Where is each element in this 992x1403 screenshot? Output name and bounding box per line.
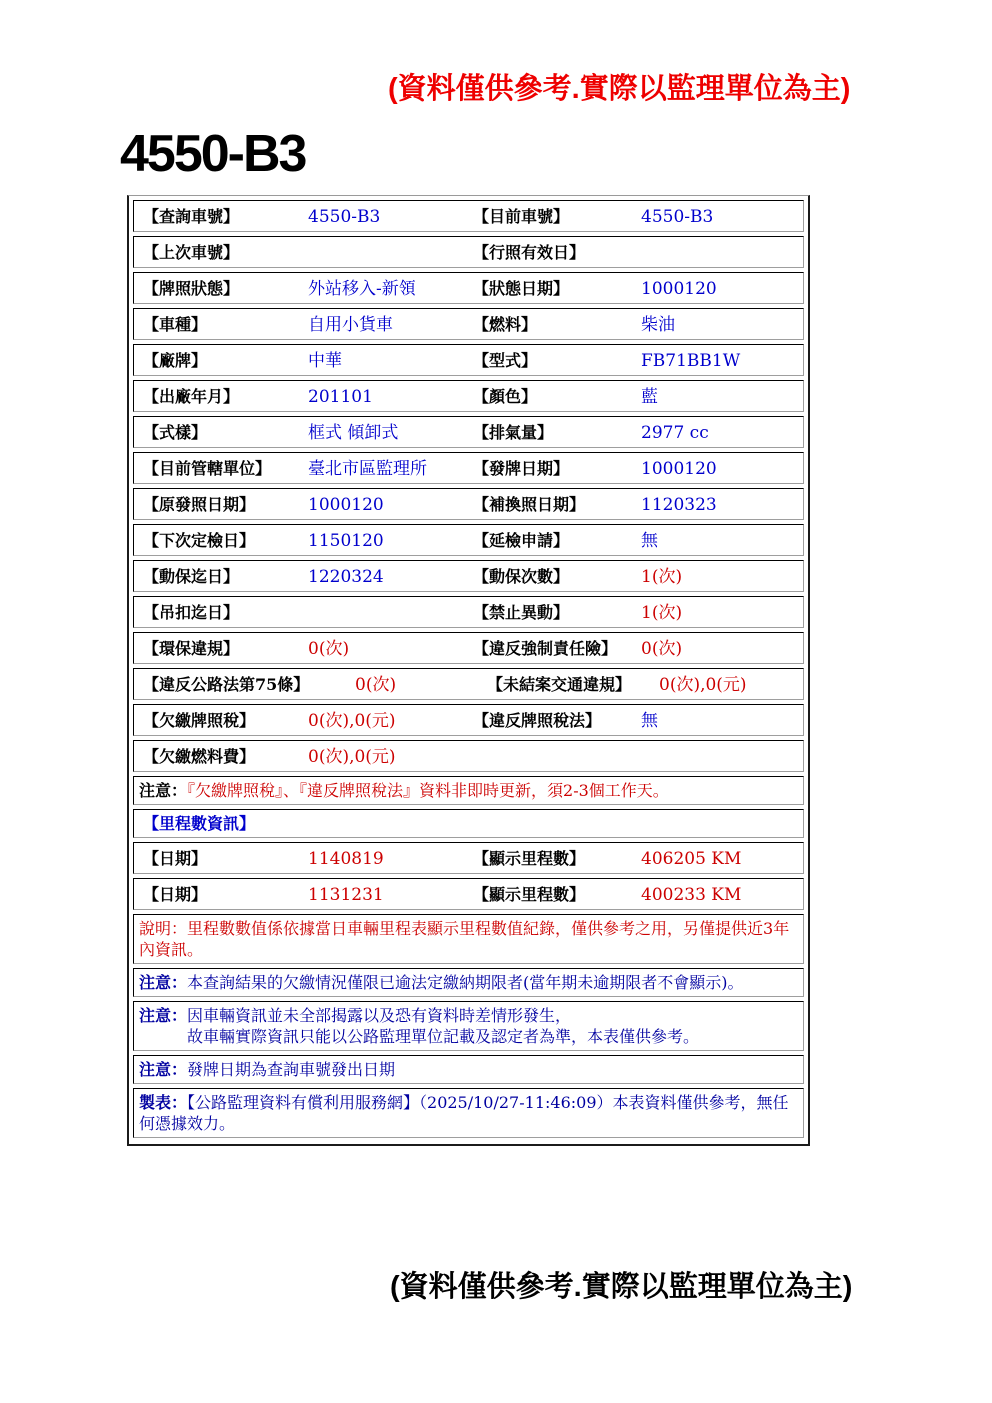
- field-value: 201101: [308, 381, 473, 412]
- page-title: 4550-B3: [120, 125, 992, 183]
- field-value: 1131231: [308, 879, 473, 910]
- note-text: 發牌日期為查詢車號發出日期: [187, 1060, 395, 1079]
- table-row: 【違反公路法第75條】0(次)【未結案交通違規】0(次),0(元): [133, 668, 804, 700]
- field-label: 【禁止異動】: [473, 597, 641, 628]
- note-prefix: 說明：: [139, 919, 187, 938]
- field-label: 【發牌日期】: [473, 453, 641, 484]
- field-value: 2977 cc: [641, 417, 803, 448]
- field-label: 【型式】: [473, 345, 641, 376]
- field-value: 無: [641, 705, 803, 736]
- field-value: 1(次): [641, 561, 803, 592]
- field-label: 【日期】: [143, 843, 308, 874]
- field-value: 1120323: [641, 489, 803, 520]
- note-text: 本查詢結果的欠繳情況僅限已逾法定繳納期限者(當年期未逾期限者不會顯示)。: [187, 973, 744, 992]
- field-value: 1(次): [641, 597, 803, 628]
- field-value: 1000120: [641, 453, 803, 484]
- field-value: FB71BB1W: [641, 345, 803, 376]
- table-row: 注意：本查詢結果的欠繳情況僅限已逾法定繳納期限者(當年期未逾期限者不會顯示)。: [133, 968, 804, 997]
- field-label: 【補換照日期】: [473, 489, 641, 520]
- field-label: 【廠牌】: [143, 345, 308, 376]
- field-value: 1220324: [308, 561, 473, 592]
- field-value: 外站移入-新領: [308, 273, 473, 304]
- note-prefix: 注意：: [139, 1060, 187, 1079]
- table-row: 說明：里程數數值係依據當日車輛里程表顯示里程數值紀錄，僅供參考之用，另僅提供近3…: [133, 914, 804, 964]
- table-row: 【式樣】框式 傾卸式【排氣量】2977 cc: [133, 416, 804, 448]
- field-value: 臺北市區監理所: [308, 453, 473, 484]
- field-value: 柴油: [641, 309, 803, 340]
- table-row: 【車種】自用小貨車【燃料】柴油: [133, 308, 804, 340]
- field-value: 0(次): [641, 633, 803, 664]
- table-row: 【廠牌】中華【型式】FB71BB1W: [133, 344, 804, 376]
- field-label: 【查詢車號】: [143, 201, 308, 232]
- field-label: 【違反強制責任險】: [473, 633, 641, 664]
- field-value: 4550-B3: [308, 201, 473, 232]
- field-label: 【目前管轄單位】: [143, 453, 308, 484]
- bottom-disclaimer: (資料僅供參考.實際以監理單位為主): [390, 1264, 992, 1305]
- note-text: 因車輛資訊並未全部揭露以及恐有資料時差情形發生，故車輛實際資訊只能以公路監理單位…: [187, 1005, 795, 1047]
- table-row: 【下次定檢日】1150120【延檢申請】無: [133, 524, 804, 556]
- table-row: 注意：發牌日期為查詢車號發出日期: [133, 1055, 804, 1084]
- table-row: 【日期】1131231【顯示里程數】400233 KM: [133, 878, 804, 910]
- field-value: 1140819: [308, 843, 473, 874]
- note-text: 里程數數值係依據當日車輛里程表顯示里程數值紀錄，僅供參考之用，另僅提供近3年內資…: [139, 919, 789, 959]
- field-value: 1150120: [308, 525, 473, 556]
- field-label: 【出廠年月】: [143, 381, 308, 412]
- table-row: 注意：『欠繳牌照稅』、『違反牌照稅法』資料非即時更新，須2-3個工作天。: [133, 776, 804, 805]
- field-label: 【顏色】: [473, 381, 641, 412]
- field-label: 【未結案交通違規】: [487, 669, 659, 700]
- field-label: 【欠繳牌照稅】: [143, 705, 308, 736]
- table-row: 製表：【公路監理資料有償利用服務網】（2025/10/27-11:46:09）本…: [133, 1088, 804, 1138]
- field-value: 框式 傾卸式: [308, 417, 473, 448]
- note-prefix: 注意：: [139, 781, 187, 800]
- field-value: 自用小貨車: [308, 309, 473, 340]
- vehicle-report-table: 【查詢車號】4550-B3【目前車號】4550-B3【上次車號】【行照有效日】【…: [127, 195, 810, 1146]
- field-value: 1000120: [308, 489, 473, 520]
- note-text: 【公路監理資料有償利用服務網】（2025/10/27-11:46:09）本表資料…: [139, 1093, 789, 1133]
- field-label: 【排氣量】: [473, 417, 641, 448]
- field-value: 406205 KM: [641, 843, 803, 874]
- field-value: 0(次),0(元): [308, 741, 473, 772]
- field-label: 【延檢申請】: [473, 525, 641, 556]
- field-value: 0(次): [355, 669, 487, 700]
- note-prefix: 注意：: [139, 1005, 187, 1047]
- field-label: 【動保迄日】: [143, 561, 308, 592]
- field-value: 400233 KM: [641, 879, 803, 910]
- note-text: 『欠繳牌照稅』、『違反牌照稅法』資料非即時更新，須2-3個工作天。: [187, 781, 669, 800]
- field-value: 4550-B3: [641, 201, 803, 232]
- table-row: 【日期】1140819【顯示里程數】406205 KM: [133, 842, 804, 874]
- table-row: 【環保違規】0(次)【違反強制責任險】0(次): [133, 632, 804, 664]
- note-prefix: 製表：: [139, 1093, 187, 1112]
- field-value: 0(次),0(元): [308, 705, 473, 736]
- field-value: 0(次),0(元): [659, 669, 803, 700]
- field-label: 【上次車號】: [143, 237, 308, 268]
- field-label: 【下次定檢日】: [143, 525, 308, 556]
- field-label: 【行照有效日】: [473, 237, 641, 268]
- field-value: 無: [641, 525, 803, 556]
- field-label: 【違反公路法第75條】: [143, 669, 355, 700]
- field-label: 【欠繳燃料費】: [143, 741, 308, 772]
- table-row: 【目前管轄單位】臺北市區監理所【發牌日期】1000120: [133, 452, 804, 484]
- field-value: 1000120: [641, 273, 803, 304]
- field-label: 【日期】: [143, 879, 308, 910]
- table-row: 【查詢車號】4550-B3【目前車號】4550-B3: [133, 200, 804, 232]
- table-row: 【吊扣迄日】【禁止異動】1(次): [133, 596, 804, 628]
- field-label: 【車種】: [143, 309, 308, 340]
- table-row: 注意：因車輛資訊並未全部揭露以及恐有資料時差情形發生，故車輛實際資訊只能以公路監…: [133, 1001, 804, 1051]
- field-label: 【違反牌照稅法】: [473, 705, 641, 736]
- table-row: 【原發照日期】1000120【補換照日期】1120323: [133, 488, 804, 520]
- field-label: 【顯示里程數】: [473, 843, 641, 874]
- field-value: 藍: [641, 381, 803, 412]
- field-value: 中華: [308, 345, 473, 376]
- note-prefix: 注意：: [139, 973, 187, 992]
- field-label: 【目前車號】: [473, 201, 641, 232]
- table-row: 【動保迄日】1220324【動保次數】1(次): [133, 560, 804, 592]
- field-label: 【環保違規】: [143, 633, 308, 664]
- table-row: 【上次車號】【行照有效日】: [133, 236, 804, 268]
- table-row: 【牌照狀態】外站移入-新領【狀態日期】1000120: [133, 272, 804, 304]
- table-row: 【欠繳燃料費】0(次),0(元): [133, 740, 804, 772]
- table-row: 【欠繳牌照稅】0(次),0(元)【違反牌照稅法】無: [133, 704, 804, 736]
- field-label: 【顯示里程數】: [473, 879, 641, 910]
- field-label: 【燃料】: [473, 309, 641, 340]
- field-label: 【動保次數】: [473, 561, 641, 592]
- field-label: 【式樣】: [143, 417, 308, 448]
- field-label: 【原發照日期】: [143, 489, 308, 520]
- section-header: 【里程數資訊】: [133, 809, 804, 838]
- table-row: 【出廠年月】201101【顏色】藍: [133, 380, 804, 412]
- field-label: 【牌照狀態】: [143, 273, 308, 304]
- top-disclaimer: (資料僅供參考.實際以監理單位為主): [388, 66, 992, 107]
- field-label: 【狀態日期】: [473, 273, 641, 304]
- field-value: 0(次): [308, 633, 473, 664]
- field-label: 【吊扣迄日】: [143, 597, 308, 628]
